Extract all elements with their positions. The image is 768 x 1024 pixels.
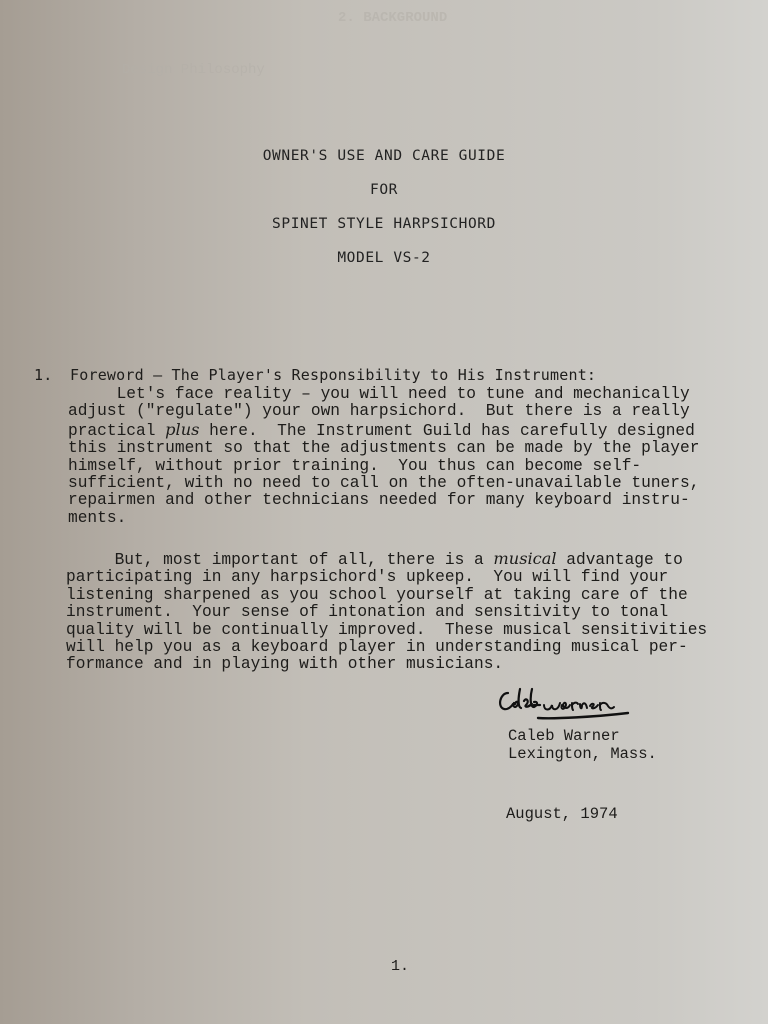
document-page: 2. BACKGROUND Design Philosophy OWNER'S … xyxy=(0,0,768,1024)
text-line: But, most important of all, there is a m… xyxy=(66,550,756,569)
text-line: adjust ("regulate") your own harpsichord… xyxy=(68,403,758,420)
bleed-through-subheading: Design Philosophy xyxy=(122,62,265,78)
text-line: listening sharpened as you school yourse… xyxy=(66,587,756,604)
document-date: August, 1974 xyxy=(506,805,618,823)
text-line: ments. xyxy=(68,510,758,527)
section-number: 1. xyxy=(34,366,70,384)
foreword-paragraph-1: Let's face reality – you will need to tu… xyxy=(68,386,758,527)
bleed-through-header: 2. BACKGROUND xyxy=(338,10,447,26)
foreword-paragraph-2: But, most important of all, there is a m… xyxy=(66,550,756,674)
text-line: will help you as a keyboard player in un… xyxy=(66,639,756,656)
text-line: quality will be continually improved. Th… xyxy=(66,622,756,639)
handwritten-signature-icon: Caleb Warner xyxy=(494,685,634,725)
section-heading: 1.Foreword – The Player's Responsibility… xyxy=(34,366,596,384)
title-line-model: MODEL VS-2 xyxy=(0,250,768,266)
signer-block: Caleb WarnerLexington, Mass. xyxy=(508,728,657,763)
text-line: formance and in playing with other music… xyxy=(66,656,756,673)
signer-name: Caleb Warner xyxy=(508,728,657,746)
text-line: practical plus here. The Instrument Guil… xyxy=(68,421,758,440)
signer-location: Lexington, Mass. xyxy=(508,746,657,764)
emphasis-musical: musical xyxy=(493,549,556,568)
title-line-instrument: SPINET STYLE HARPSICHORD xyxy=(0,216,768,232)
emphasis-plus: plus xyxy=(165,420,199,439)
text-line: himself, without prior training. You thu… xyxy=(68,458,758,475)
section-title: Foreword – The Player's Responsibility t… xyxy=(70,366,596,384)
text-line: repairmen and other technicians needed f… xyxy=(68,492,758,509)
text-line: this instrument so that the adjustments … xyxy=(68,440,758,457)
title-line-for: FOR xyxy=(0,182,768,198)
page-number: 1. xyxy=(391,958,409,975)
text-line: instrument. Your sense of intonation and… xyxy=(66,604,756,621)
text-line: Let's face reality – you will need to tu… xyxy=(68,386,758,403)
text-line: participating in any harpsichord's upkee… xyxy=(66,569,756,586)
text-line: sufficient, with no need to call on the … xyxy=(68,475,758,492)
title-line-guide: OWNER'S USE AND CARE GUIDE xyxy=(0,148,768,164)
